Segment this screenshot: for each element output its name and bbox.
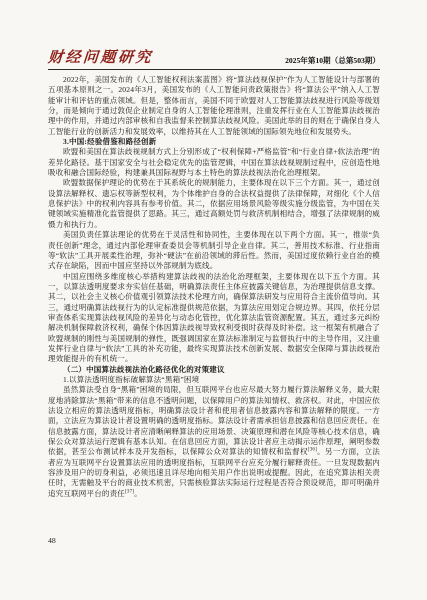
journal-logo: 财经问题研究	[47, 46, 153, 67]
section-heading: （二）中国算法歧视法治化路径优化的对策建议	[48, 365, 380, 375]
paragraph: 欧盟和美国在算法歧视规制方式上分别形成了“权利保障+严格监管”和“行业自律+软法…	[48, 147, 380, 178]
article-body: 2022年，美国发布的《人工智能权利法案蓝图》将“算法歧视保护”作为人工智能设计…	[48, 75, 380, 499]
paragraph: 2022年，美国发布的《人工智能权利法案蓝图》将“算法歧视保护”作为人工智能设计…	[48, 75, 380, 137]
citation-ref: [36]	[308, 448, 317, 453]
numbered-heading: 3.中国:经验借鉴和路径创新	[48, 137, 380, 147]
paragraph: 美国负责任算法理论的优势在于灵活性和协同性，主要体现在以下两个方面。其一，推崇“…	[48, 230, 380, 271]
paragraph: 中国应围绕多维度核心举措构建算法歧视的法治化治理框架，主要体现在以下五个方面。其…	[48, 272, 380, 365]
citation-ref: [37]	[125, 489, 134, 494]
page-number: 48	[48, 536, 56, 545]
paragraph: 欧盟数据保护理论的优势在于其系统化的规制能力，主要体现在以下三个方面。其一，通过…	[48, 178, 380, 230]
paragraph: 虽然算法受自身“黑箱”困境的局限，但互联网平台也应尽最大努力履行算法解释义务，最…	[48, 385, 380, 499]
page-header: 财经问题研究 2025年第10期（总第503期）	[48, 46, 380, 70]
journal-page: 财经问题研究 2025年第10期（总第503期） 2022年，美国发布的《人工智…	[0, 0, 427, 600]
issue-info: 2025年第10期（总第503期）	[285, 55, 380, 66]
sub-heading: 1.以算法透明度指标破解算法“黑箱”困境	[48, 375, 380, 385]
